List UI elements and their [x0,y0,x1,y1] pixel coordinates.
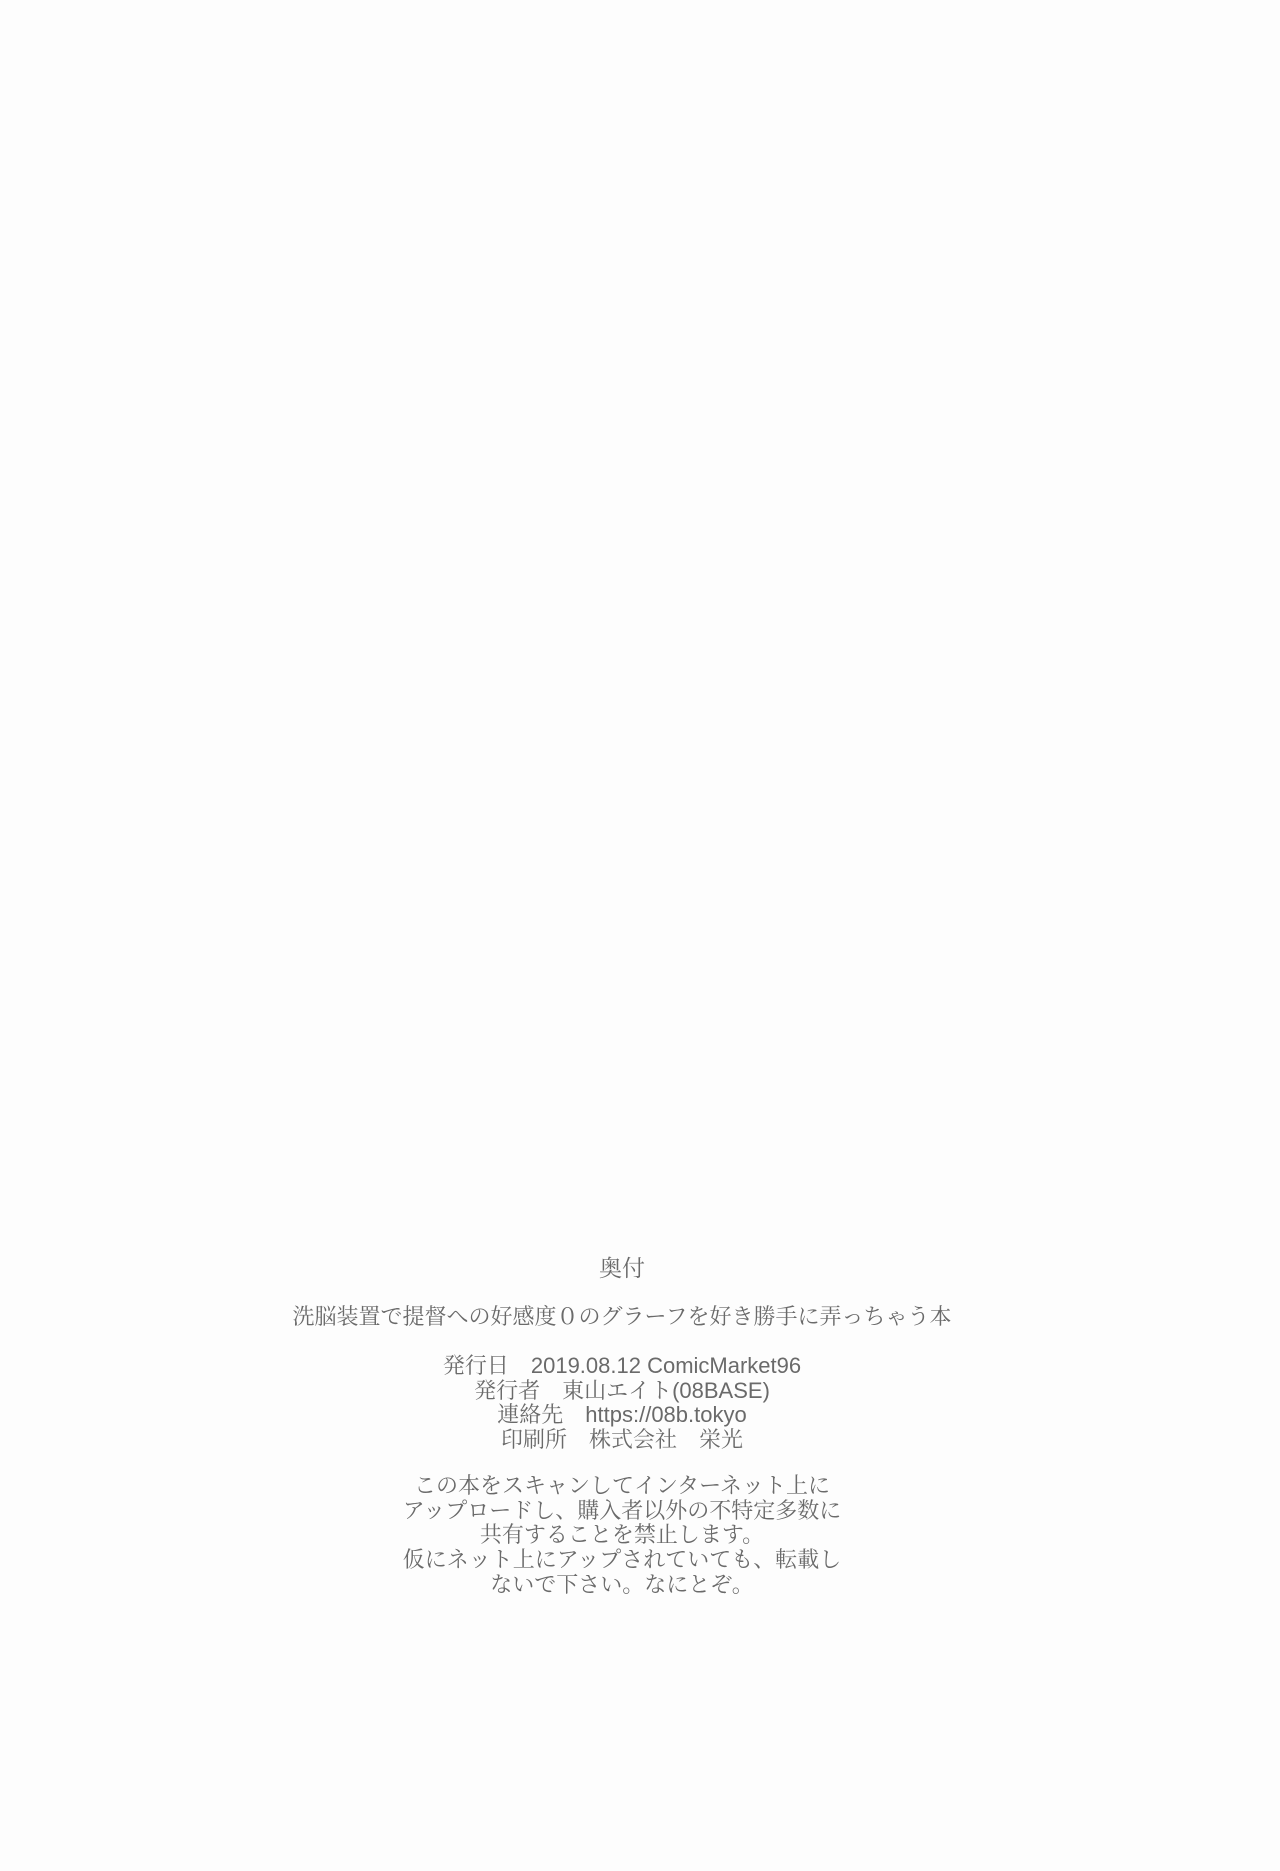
notice-line: 仮にネット上にアップされていても、転載し [0,1548,1244,1573]
anti-piracy-notice: この本をスキャンしてインターネット上に アップロードし、購入者以外の不特定多数に… [0,1474,1244,1598]
colophon-heading: 奥付 [0,1253,1244,1283]
colophon-block: 奥付 洗脳装置で提督への好感度０のグラーフを好き勝手に弄っちゃう本 発行日 20… [0,1253,1244,1597]
scanned-page: 奥付 洗脳装置で提督への好感度０のグラーフを好き勝手に弄っちゃう本 発行日 20… [0,0,1280,1871]
info-line-publisher: 発行者 東山エイト(08BASE) [0,1379,1244,1404]
notice-line: アップロードし、購入者以外の不特定多数に [0,1499,1244,1524]
info-line-contact-url: 連絡先 https://08b.tokyo [0,1403,1244,1428]
publication-info: 発行日 2019.08.12 ComicMarket96 発行者 東山エイト(0… [0,1354,1244,1453]
info-line-publication-date: 発行日 2019.08.12 ComicMarket96 [0,1354,1244,1379]
notice-line: ないで下さい。なにとぞ。 [0,1573,1244,1598]
notice-line: 共有することを禁止します。 [0,1523,1244,1548]
info-line-printer: 印刷所 株式会社 栄光 [0,1428,1244,1453]
notice-line: この本をスキャンしてインターネット上に [0,1474,1244,1499]
book-title: 洗脳装置で提督への好感度０のグラーフを好き勝手に弄っちゃう本 [0,1303,1244,1331]
